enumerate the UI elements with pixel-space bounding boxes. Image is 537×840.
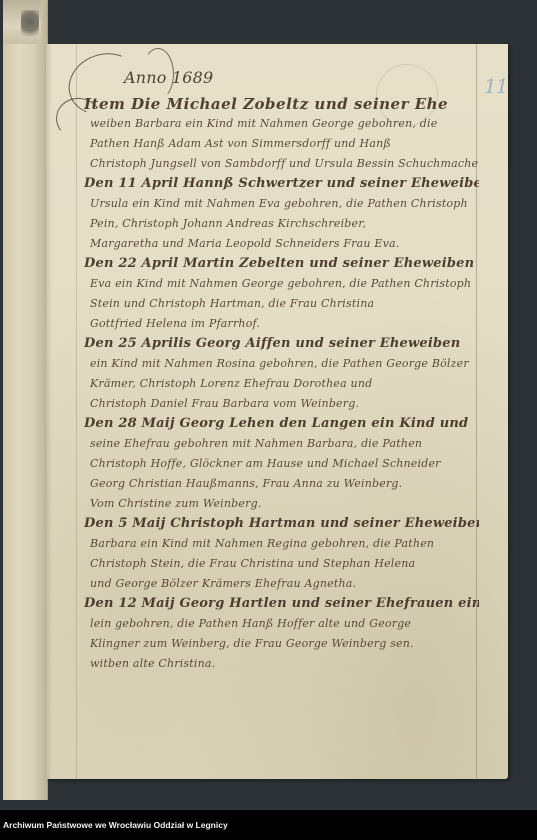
manuscript-line: Gottfried Helena im Pfarrhof. bbox=[84, 314, 479, 334]
manuscript-line: Stein und Christoph Hartman, die Frau Ch… bbox=[84, 294, 479, 314]
manuscript-line: Pein, Christoph Johann Andreas Kirchschr… bbox=[84, 214, 479, 234]
manuscript-line: Klingner zum Weinberg, die Frau George W… bbox=[84, 634, 479, 654]
manuscript-line: Krämer, Christoph Lorenz Ehefrau Dorothe… bbox=[84, 374, 479, 394]
binding-corner bbox=[3, 0, 41, 44]
left-margin-line bbox=[76, 44, 77, 779]
manuscript-line: Christoph Hoffe, Glöckner am Hause und M… bbox=[84, 454, 479, 474]
manuscript-line: Margaretha und Maria Leopold Schneiders … bbox=[84, 234, 479, 254]
manuscript-line: witben alte Christina. bbox=[84, 654, 479, 674]
manuscript-line: Christoph Stein, die Frau Christina und … bbox=[84, 554, 479, 574]
manuscript-entry-heading: Den 25 Aprilis Georg Aiffen und seiner E… bbox=[84, 334, 479, 354]
manuscript-page: 11 Anno 1689 Item Die Michael Zobeltz un… bbox=[46, 44, 508, 779]
handwritten-text-block: Anno 1689 Item Die Michael Zobeltz und s… bbox=[84, 58, 479, 674]
manuscript-entry-heading: Den 12 Maij Georg Hartlen und seiner Ehe… bbox=[84, 594, 479, 614]
archive-image-viewer: 11 Anno 1689 Item Die Michael Zobeltz un… bbox=[0, 0, 537, 840]
archive-caption-bar: Archiwum Państwowe we Wrocławiu Oddział … bbox=[0, 810, 537, 840]
manuscript-line: Barbara ein Kind mit Nahmen Regina geboh… bbox=[84, 534, 479, 554]
manuscript-line: Item Die Michael Zobeltz und seiner Ehe bbox=[84, 94, 479, 114]
year-heading: Anno 1689 bbox=[84, 58, 479, 94]
manuscript-entry-heading: Den 22 April Martin Zebelten und seiner … bbox=[84, 254, 479, 274]
manuscript-line: Ursula ein Kind mit Nahmen Eva gebohren,… bbox=[84, 194, 479, 214]
manuscript-line: lein gebohren, die Pathen Hanß Hoffer al… bbox=[84, 614, 479, 634]
manuscript-line: Georg Christian Haußmanns, Frau Anna zu … bbox=[84, 474, 479, 494]
manuscript-line: Christoph Daniel Frau Barbara vom Weinbe… bbox=[84, 394, 479, 414]
manuscript-line: und George Bölzer Krämers Ehefrau Agneth… bbox=[84, 574, 479, 594]
manuscript-entry-heading: Den 28 Maij Georg Lehen den Langen ein K… bbox=[84, 414, 479, 434]
manuscript-line: ein Kind mit Nahmen Rosina gebohren, die… bbox=[84, 354, 479, 374]
manuscript-entry-heading: Den 5 Maij Christoph Hartman und seiner … bbox=[84, 514, 479, 534]
book-binding-left bbox=[3, 0, 48, 800]
manuscript-line: Vom Christine zum Weinberg. bbox=[84, 494, 479, 514]
manuscript-line: weiben Barbara ein Kind mit Nahmen Georg… bbox=[84, 114, 479, 134]
manuscript-line: Pathen Hanß Adam Ast von Simmersdorff un… bbox=[84, 134, 479, 154]
manuscript-scan: 11 Anno 1689 Item Die Michael Zobeltz un… bbox=[0, 0, 537, 810]
manuscript-line: Eva ein Kind mit Nahmen George gebohren,… bbox=[84, 274, 479, 294]
folio-number: 11 bbox=[484, 74, 507, 98]
manuscript-entry-heading: Den 11 April Hannß Schwertzer und seiner… bbox=[84, 174, 479, 194]
archive-attribution: Archiwum Państwowe we Wrocławiu Oddział … bbox=[0, 820, 228, 830]
manuscript-line: seine Ehefrau gebohren mit Nahmen Barbar… bbox=[84, 434, 479, 454]
manuscript-line: Christoph Jungsell von Sambdorff und Urs… bbox=[84, 154, 479, 174]
